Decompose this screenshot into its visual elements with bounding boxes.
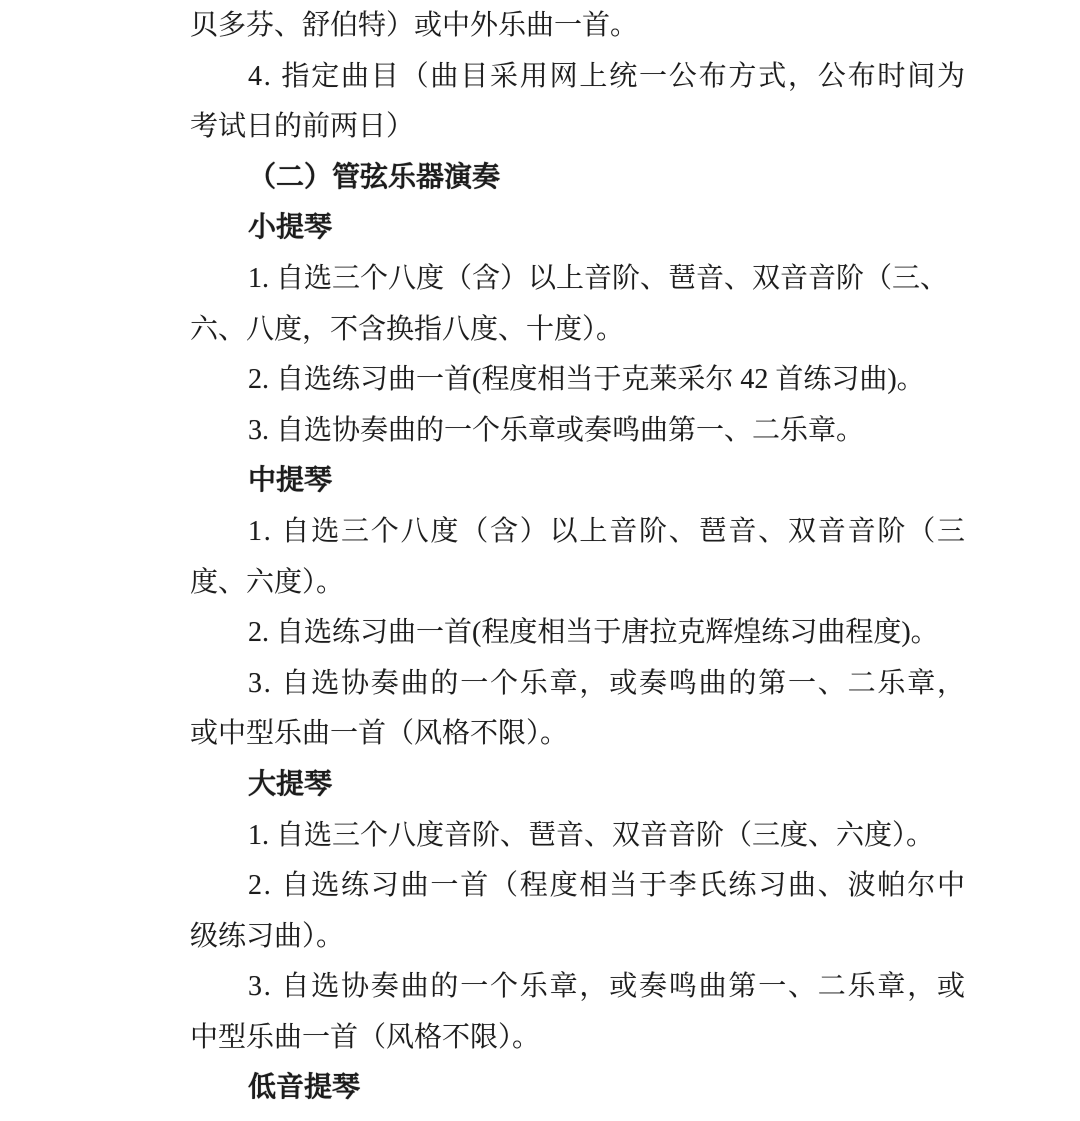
text-line: 度、六度）。 xyxy=(190,558,990,609)
text-line: 六、八度，不含换指八度、十度）。 xyxy=(190,305,990,356)
instrument-heading-cello: 大提琴 xyxy=(190,760,990,811)
instrument-heading-violin: 小提琴 xyxy=(190,203,990,254)
text-line-viola-item-2: 2. 自选练习曲一首(程度相当于唐拉克辉煌练习曲程度)。 xyxy=(190,608,990,659)
text-line: 考试日的前两日） xyxy=(190,102,990,153)
text-line: 贝多芬、舒伯特）或中外乐曲一首。 xyxy=(190,1,990,52)
document-page: 贝多芬、舒伯特）或中外乐曲一首。 4. 指定曲目（曲目采用网上统一公布方式，公布… xyxy=(190,1,990,1114)
text-line: 级练习曲）。 xyxy=(190,912,990,963)
text-line-violin-item-3: 3. 自选协奏曲的一个乐章或奏鸣曲第一、二乐章。 xyxy=(190,406,990,457)
text-line-cello-item-1: 1. 自选三个八度音阶、琶音、双音音阶（三度、六度）。 xyxy=(190,811,990,862)
instrument-heading-double-bass: 低音提琴 xyxy=(190,1063,990,1114)
text-line-viola-item-3: 3. 自选协奏曲的一个乐章，或奏鸣曲的第一、二乐章， xyxy=(190,659,990,710)
text-line: 或中型乐曲一首（风格不限）。 xyxy=(190,709,990,760)
text-line-cello-item-3: 3. 自选协奏曲的一个乐章，或奏鸣曲第一、二乐章，或 xyxy=(190,962,990,1013)
text-line-violin-item-2: 2. 自选练习曲一首(程度相当于克莱采尔 42 首练习曲)。 xyxy=(190,355,990,406)
section-heading-orchestral: （二）管弦乐器演奏 xyxy=(190,153,990,204)
text-line-cello-item-2: 2. 自选练习曲一首（程度相当于李氏练习曲、波帕尔中 xyxy=(190,861,990,912)
text-line: 中型乐曲一首（风格不限）。 xyxy=(190,1013,990,1064)
instrument-heading-viola: 中提琴 xyxy=(190,456,990,507)
text-line-violin-item-1: 1. 自选三个八度（含）以上音阶、琶音、双音音阶（三、 xyxy=(190,254,990,305)
scanned-document: { "document": { "language": "zh-CN", "te… xyxy=(0,0,1080,1121)
text-line-viola-item-1: 1. 自选三个八度（含）以上音阶、琶音、双音音阶（三 xyxy=(190,507,990,558)
text-line-item-4: 4. 指定曲目（曲目采用网上统一公布方式，公布时间为 xyxy=(190,52,990,103)
